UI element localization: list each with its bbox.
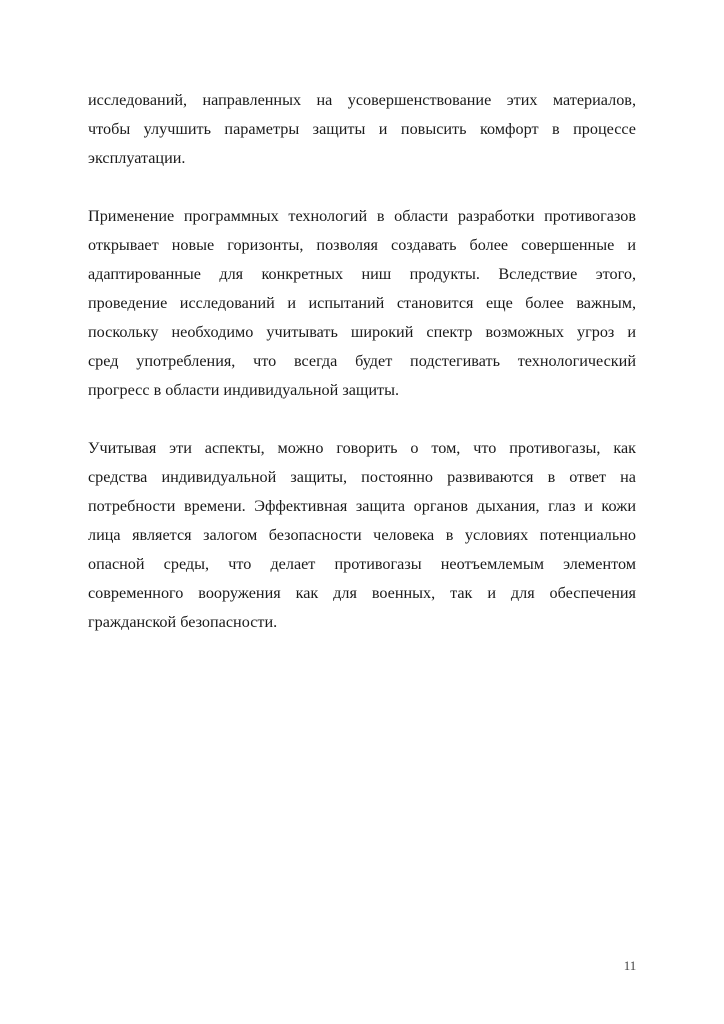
text-line: Учитывая эти аспекты, можно говорить о т… [88,434,636,463]
text-line: опасной среды, что делает противогазы не… [88,550,636,579]
text-line: проведение исследований и испытаний стан… [88,289,636,318]
text-line: эксплуатации. [88,144,636,173]
text-line: чтобы улучшить параметры защиты и повыси… [88,115,636,144]
text-line: лица является залогом безопасности челов… [88,521,636,550]
text-line: гражданской безопасности. [88,608,636,637]
text-line: Применение программных технологий в обла… [88,202,636,231]
text-line: современного вооружения как для военных,… [88,579,636,608]
paragraph-3: Учитывая эти аспекты, можно говорить о т… [88,434,636,637]
body-text: исследований, направленных на усовершенс… [88,86,636,637]
page-number: 11 [620,958,640,974]
paragraph-2: Применение программных технологий в обла… [88,202,636,405]
document-page: исследований, направленных на усовершенс… [0,0,724,1024]
text-line: средства индивидуальной защиты, постоянн… [88,463,636,492]
paragraph-1: исследований, направленных на усовершенс… [88,86,636,173]
text-line: потребности времени. Эффективная защита … [88,492,636,521]
text-line: открывает новые горизонты, позволяя созд… [88,231,636,260]
text-line: поскольку необходимо учитывать широкий с… [88,318,636,347]
text-line: адаптированные для конкретных ниш продук… [88,260,636,289]
text-line: сред употребления, что всегда будет подс… [88,347,636,376]
text-line: прогресс в области индивидуальной защиты… [88,376,636,405]
text-line: исследований, направленных на усовершенс… [88,86,636,115]
